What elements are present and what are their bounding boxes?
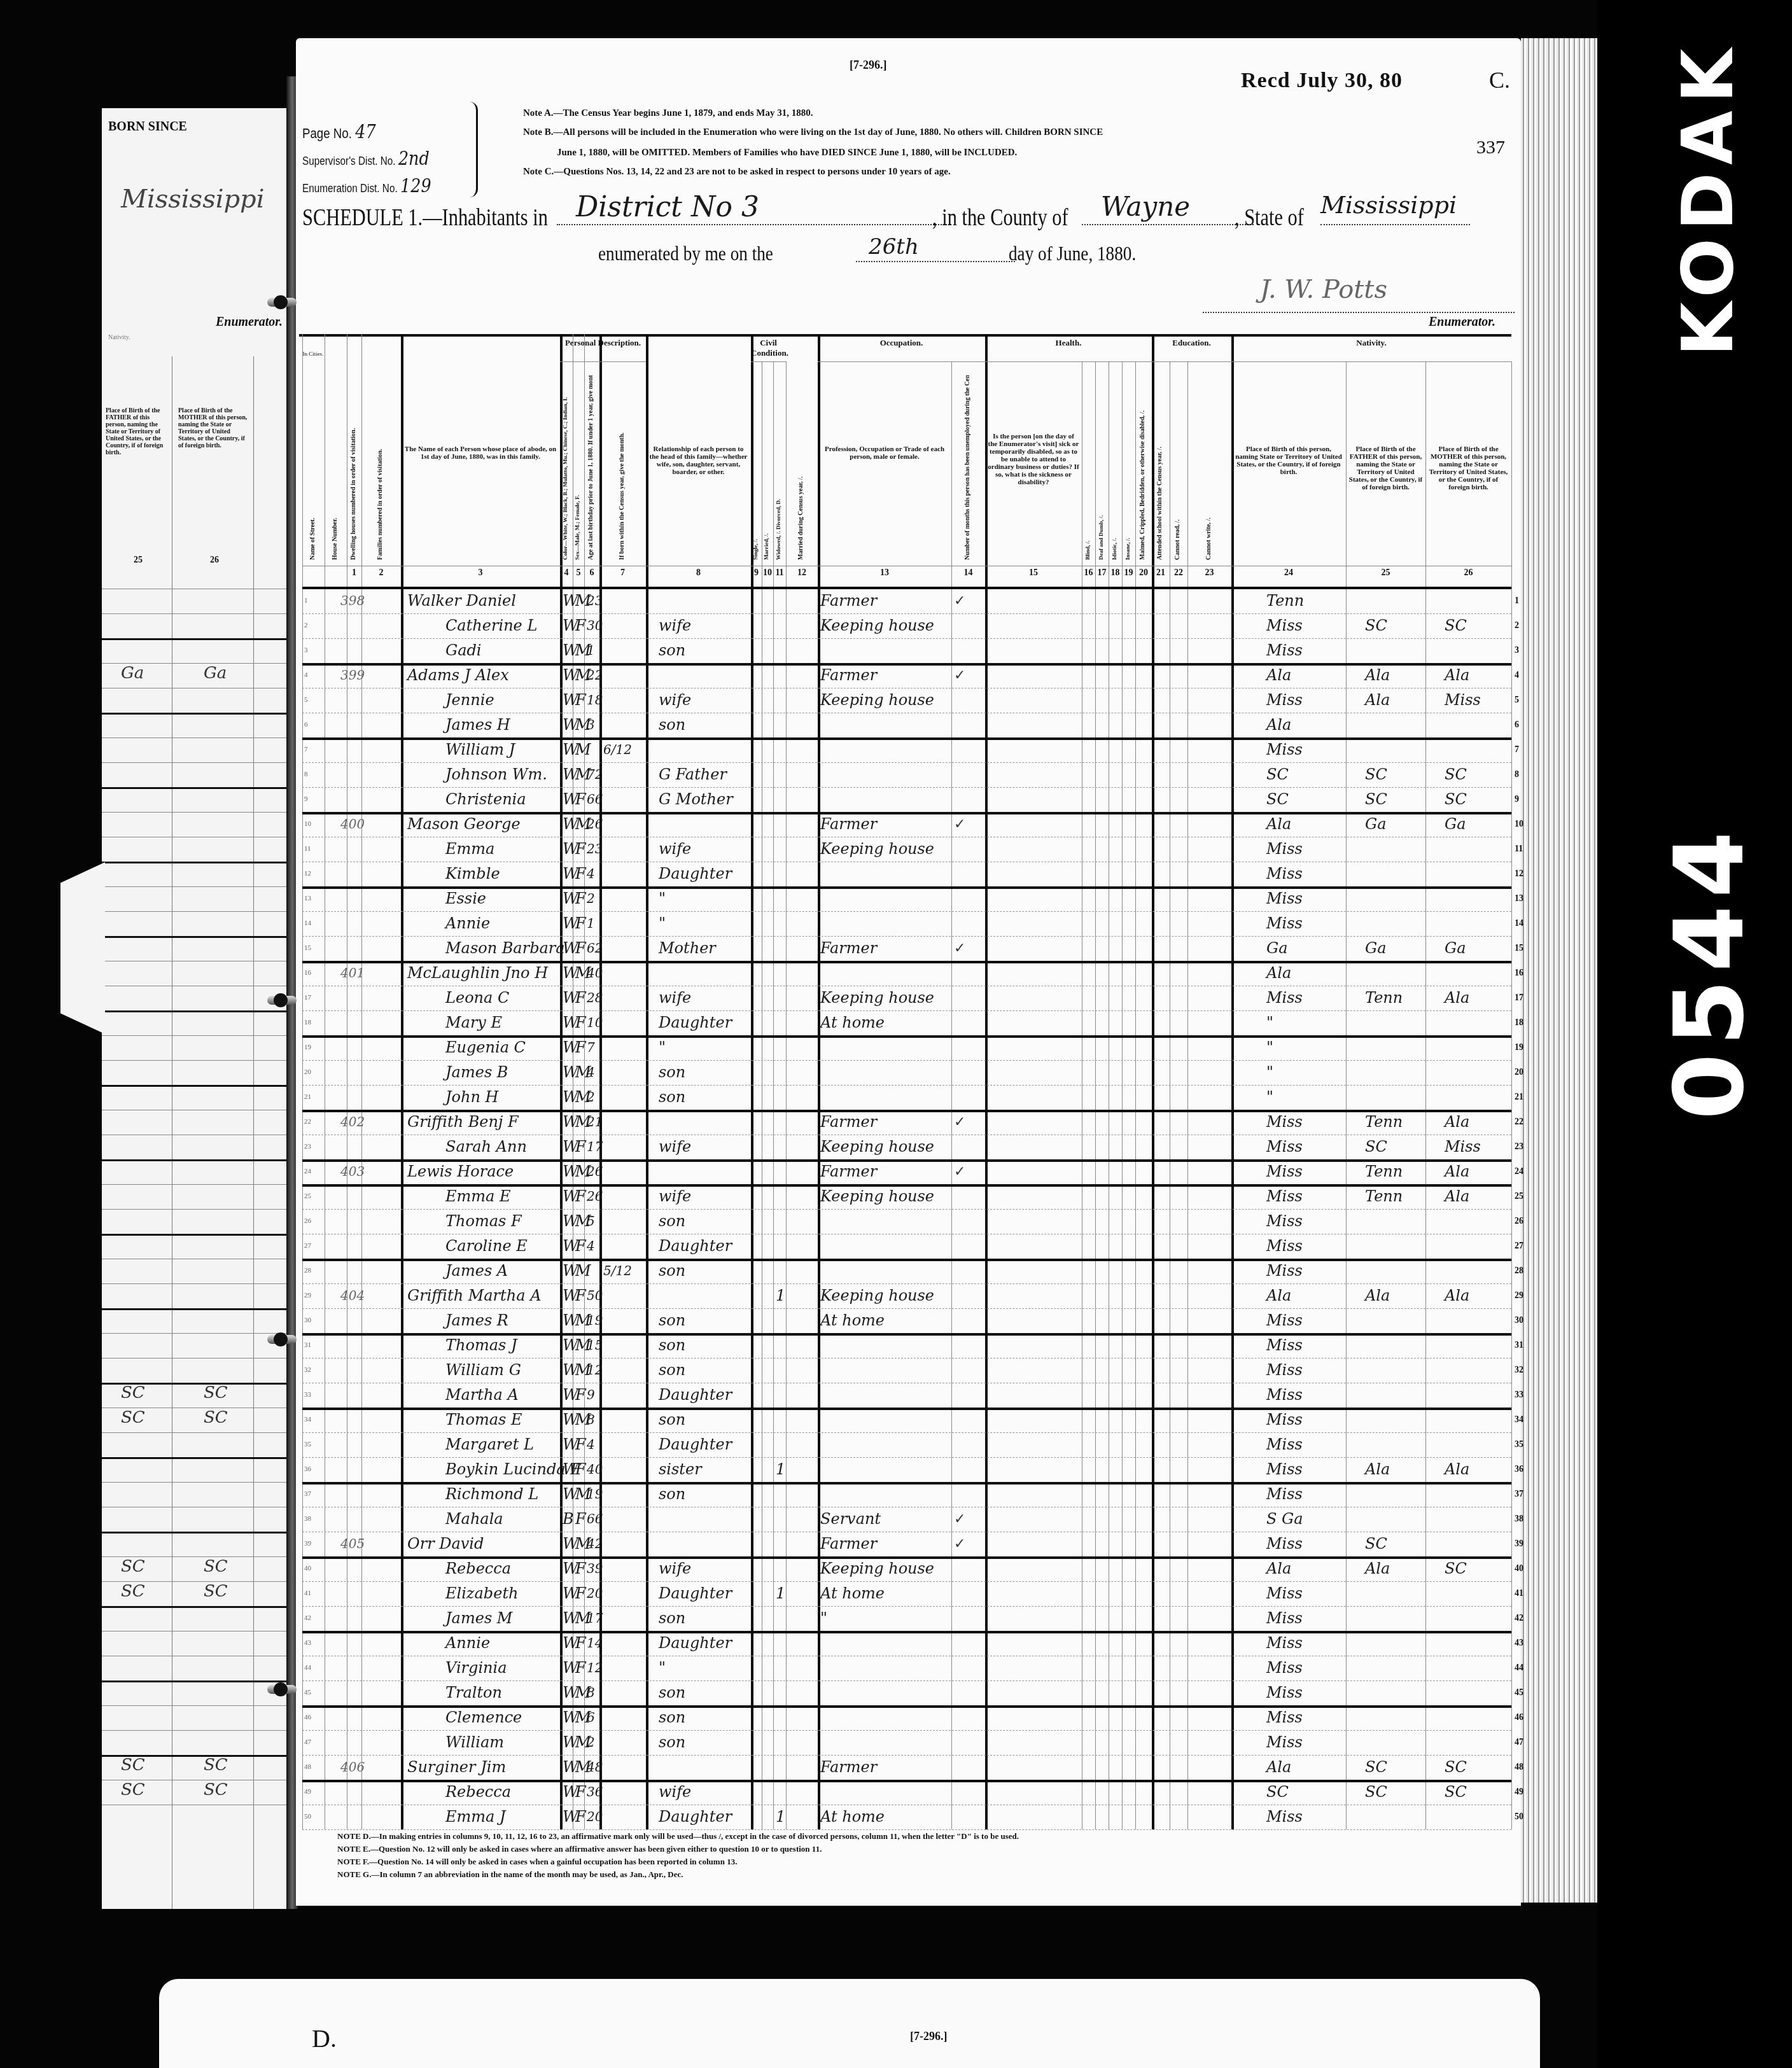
previous-page-col26-entry: SC bbox=[204, 1582, 228, 1601]
mother-birthplace: Ala bbox=[1445, 1110, 1469, 1135]
row-number-left: 44 bbox=[304, 1656, 317, 1680]
birthplace: Miss bbox=[1266, 688, 1303, 713]
birthplace: Miss bbox=[1266, 1631, 1303, 1656]
row-number-right: 8 bbox=[1515, 762, 1534, 787]
previous-page-col26-entry: SC bbox=[204, 1780, 228, 1799]
mother-birthplace: SC bbox=[1445, 1556, 1467, 1581]
previous-page-state: Mississippi bbox=[121, 185, 264, 214]
header-group-health: Health. bbox=[985, 338, 1152, 348]
row-number-right: 44 bbox=[1515, 1656, 1534, 1680]
mother-birthplace: Ala bbox=[1445, 986, 1469, 1010]
birthplace: Miss bbox=[1266, 1110, 1303, 1135]
header-group-underline bbox=[751, 361, 786, 362]
age: 50 bbox=[587, 1283, 603, 1308]
row-number-right: 16 bbox=[1515, 961, 1534, 986]
person-name: Gadi bbox=[445, 638, 482, 663]
sex: F bbox=[575, 1184, 586, 1209]
relationship: Daughter bbox=[659, 1010, 732, 1035]
next-page-form-number: [7-296.] bbox=[910, 2030, 947, 2043]
sex: M bbox=[575, 1259, 591, 1283]
birthplace: Miss bbox=[1266, 1432, 1303, 1457]
column-header-9: Single, /. bbox=[752, 375, 759, 560]
person-name: Martha A bbox=[445, 1383, 519, 1408]
birthplace: S Ga bbox=[1266, 1507, 1303, 1532]
person-name: Lewis Horace bbox=[407, 1159, 514, 1184]
previous-page-header-fragment: BORN SINCE bbox=[108, 120, 187, 134]
age: 9 bbox=[587, 1383, 595, 1408]
row-number-left: 27 bbox=[304, 1234, 317, 1259]
age: 48 bbox=[587, 1755, 603, 1780]
column-number-22: 22 bbox=[1170, 568, 1187, 578]
birthplace: Miss bbox=[1266, 1135, 1303, 1159]
row-number-left: 19 bbox=[304, 1035, 317, 1060]
page-tear bbox=[60, 862, 105, 1034]
row-number-right: 4 bbox=[1515, 663, 1534, 688]
person-name: Rebecca bbox=[445, 1780, 511, 1805]
note-d: NOTE D.—In making entries in columns 9, … bbox=[337, 1831, 1019, 1841]
mother-birthplace: SC bbox=[1445, 787, 1467, 812]
previous-page-row-rule bbox=[102, 1060, 286, 1061]
birthplace: Miss bbox=[1266, 737, 1303, 762]
birthplace: Miss bbox=[1266, 862, 1303, 886]
person-name: Griffith Martha A bbox=[407, 1283, 541, 1308]
previous-page-row-rule bbox=[102, 1333, 286, 1334]
relationship: son bbox=[659, 1333, 685, 1358]
person-name: Clemence bbox=[445, 1705, 522, 1730]
previous-page-row-rule bbox=[102, 911, 286, 912]
age: 6 bbox=[587, 1705, 595, 1730]
person-name: James R bbox=[445, 1308, 508, 1333]
age: 62 bbox=[587, 936, 603, 961]
binder-ring-icon bbox=[274, 993, 288, 1007]
previous-page-col25-entry: SC bbox=[121, 1756, 145, 1775]
occupation: Keeping house bbox=[820, 837, 934, 862]
person-name: Emma E bbox=[445, 1184, 511, 1209]
age: 40 bbox=[587, 1457, 603, 1482]
person-name: James M bbox=[445, 1606, 512, 1631]
person-name: Mason Barbara bbox=[445, 936, 565, 961]
previous-page-col26-entry: Ga bbox=[204, 664, 227, 683]
previous-page-col25-entry: SC bbox=[121, 1582, 145, 1601]
binder-ring-icon bbox=[274, 295, 288, 309]
column-header-4: Color—White, W.; Black, B.; Mulatto, Mu.… bbox=[562, 375, 568, 560]
row-number-right: 29 bbox=[1515, 1283, 1534, 1308]
column-header-13: Profession, Occupation or Trade of each … bbox=[820, 445, 949, 461]
age: 17 bbox=[587, 1606, 603, 1631]
age: 18 bbox=[587, 688, 603, 713]
relationship: wife bbox=[659, 1184, 691, 1209]
previous-page-row-rule bbox=[102, 688, 286, 688]
header-group-civil-condition: Civil Condition. bbox=[751, 338, 786, 358]
column-header-8: Relationship of each person to the head … bbox=[648, 445, 748, 476]
age: 8 bbox=[587, 1408, 595, 1432]
header-group-underline bbox=[560, 361, 646, 362]
mother-birthplace: Ala bbox=[1445, 663, 1469, 688]
row-number-left: 41 bbox=[304, 1581, 317, 1606]
birthplace: Ga bbox=[1266, 936, 1287, 961]
film-frame-number: 0544 bbox=[1655, 824, 1765, 1120]
previous-page-col26-entry: SC bbox=[204, 1756, 228, 1775]
column-header-21: Attended school within the Census year, … bbox=[1156, 375, 1163, 560]
sex: F bbox=[575, 1035, 586, 1060]
sex: F bbox=[575, 1432, 586, 1457]
age: 30 bbox=[587, 613, 603, 638]
row-number-right: 25 bbox=[1515, 1184, 1534, 1209]
sex: F bbox=[575, 1581, 586, 1606]
father-birthplace: SC bbox=[1365, 1755, 1387, 1780]
column-number-1: 1 bbox=[347, 568, 361, 578]
column-header-14: Number of months this person has been un… bbox=[964, 375, 971, 560]
checkmark-icon: ✓ bbox=[954, 1110, 965, 1135]
previous-page-row-rule bbox=[102, 1656, 286, 1656]
dwelling-number: 404 bbox=[340, 1283, 365, 1308]
mother-birthplace: Ga bbox=[1445, 936, 1466, 961]
column-header-16: Blind, /. bbox=[1084, 375, 1091, 560]
birthplace: Miss bbox=[1266, 837, 1303, 862]
occupation: Servant bbox=[820, 1507, 881, 1532]
age: 36 bbox=[587, 1780, 603, 1805]
row-number-right: 42 bbox=[1515, 1606, 1534, 1631]
column-header-7: If born within the Census year, give the… bbox=[619, 375, 626, 560]
row-number-right: 6 bbox=[1515, 713, 1534, 737]
column-number-11: 11 bbox=[773, 568, 786, 578]
person-name: James A bbox=[445, 1259, 508, 1283]
column-number-10: 10 bbox=[762, 568, 773, 578]
previous-page-row-rule bbox=[102, 1730, 286, 1731]
checkmark-icon: ✓ bbox=[954, 936, 965, 961]
age: 4 bbox=[587, 1234, 595, 1259]
previous-page-row-rule bbox=[102, 589, 286, 589]
relationship: son bbox=[659, 1259, 685, 1283]
previous-page-row-rule bbox=[102, 1184, 286, 1185]
row-number-left: 38 bbox=[304, 1507, 317, 1532]
previous-page-row-rule bbox=[102, 1135, 286, 1135]
person-name: Thomas E bbox=[445, 1408, 522, 1432]
age: 2 bbox=[587, 1730, 595, 1755]
note-g: NOTE G.—In column 7 an abbreviation in t… bbox=[337, 1869, 683, 1880]
birthplace: " bbox=[1266, 1060, 1273, 1085]
schedule-title: SCHEDULE 1.—Inhabitants in bbox=[302, 204, 548, 232]
previous-page-col26-num: 26 bbox=[210, 557, 219, 564]
occupation: Keeping house bbox=[820, 1556, 934, 1581]
birthplace: Miss bbox=[1266, 1383, 1303, 1408]
column-number-5: 5 bbox=[573, 568, 584, 578]
civil-condition-mark: 1 bbox=[776, 1805, 785, 1829]
row-number-right: 27 bbox=[1515, 1234, 1534, 1259]
occupation: Farmer bbox=[820, 663, 877, 688]
sex: F bbox=[575, 837, 586, 862]
dwelling-number: 406 bbox=[340, 1755, 365, 1780]
father-birthplace: Tenn bbox=[1365, 1110, 1403, 1135]
previous-page-row-rule bbox=[102, 1805, 286, 1805]
row-number-right: 50 bbox=[1515, 1805, 1534, 1829]
father-birthplace: Tenn bbox=[1365, 986, 1403, 1010]
checkmark-icon: ✓ bbox=[954, 1159, 965, 1184]
occupation: Keeping house bbox=[820, 613, 934, 638]
column-number-18: 18 bbox=[1109, 568, 1122, 578]
row-number-left: 35 bbox=[304, 1432, 317, 1457]
microfilm-strip: KODAK 0544 bbox=[1597, 0, 1792, 2068]
person-name: Rebecca bbox=[445, 1556, 511, 1581]
row-number-right: 33 bbox=[1515, 1383, 1534, 1408]
previous-page-row-rule bbox=[102, 1358, 286, 1359]
age: 4 bbox=[587, 1432, 595, 1457]
person-name: John H bbox=[445, 1085, 499, 1110]
schedule-place: District No 3 bbox=[557, 191, 951, 225]
mother-birthplace: Miss bbox=[1445, 688, 1481, 713]
age: 2 bbox=[587, 1085, 595, 1110]
relationship: son bbox=[659, 1085, 685, 1110]
row-number-left: 4 bbox=[304, 663, 317, 688]
father-birthplace: Tenn bbox=[1365, 1184, 1403, 1209]
row-number-right: 10 bbox=[1515, 812, 1534, 837]
sex: F bbox=[575, 1234, 586, 1259]
father-birthplace: Ala bbox=[1365, 688, 1390, 713]
birthplace: Ala bbox=[1266, 1556, 1291, 1581]
person-name: Mason George bbox=[407, 812, 521, 837]
relationship: " bbox=[659, 886, 666, 911]
age: 8 bbox=[587, 1680, 595, 1705]
sex: F bbox=[575, 936, 586, 961]
age: 15 bbox=[587, 1333, 603, 1358]
father-birthplace: Ala bbox=[1365, 1283, 1390, 1308]
brace bbox=[470, 102, 478, 197]
sex: F bbox=[575, 1135, 586, 1159]
person-name: Thomas J bbox=[445, 1333, 517, 1358]
relationship: son bbox=[659, 1358, 685, 1383]
age: 1 bbox=[587, 638, 595, 663]
birthplace: " bbox=[1266, 1035, 1273, 1060]
birthplace: Miss bbox=[1266, 1159, 1303, 1184]
column-header-26: Place of Birth of the MOTHER of this per… bbox=[1428, 445, 1509, 491]
checkmark-icon: ✓ bbox=[954, 1532, 965, 1556]
occupation: Farmer bbox=[820, 812, 877, 837]
row-number-left: 20 bbox=[304, 1060, 317, 1085]
age: 17 bbox=[587, 1135, 603, 1159]
person-name: William J bbox=[445, 737, 515, 762]
father-birthplace: Ala bbox=[1365, 1556, 1390, 1581]
column-number-4: 4 bbox=[560, 568, 573, 578]
relationship: G Father bbox=[659, 762, 727, 787]
row-number-right: 1 bbox=[1515, 589, 1534, 613]
row-number-left: 30 bbox=[304, 1308, 317, 1333]
row-number-left: 17 bbox=[304, 986, 317, 1010]
row-number-right: 24 bbox=[1515, 1159, 1534, 1184]
row-number-left: 2 bbox=[304, 613, 317, 638]
previous-page-row-rule bbox=[102, 837, 286, 837]
note-b: Note B.—All persons will be included in … bbox=[523, 127, 1103, 138]
row-number-right: 32 bbox=[1515, 1358, 1534, 1383]
previous-page-row-rule bbox=[102, 762, 286, 763]
father-birthplace: SC bbox=[1365, 1532, 1387, 1556]
previous-page-row-rule bbox=[102, 1035, 286, 1036]
row-number-right: 7 bbox=[1515, 737, 1534, 762]
enumeration-district-label: Enumeration Dist. No. 129 bbox=[302, 175, 431, 197]
note-f: NOTE F.—Question No. 14 will only be ask… bbox=[337, 1857, 737, 1867]
previous-page-row-rule bbox=[102, 986, 286, 986]
enumeration-day: 26th bbox=[856, 234, 1015, 262]
table-top-border bbox=[299, 334, 1511, 337]
relationship: " bbox=[659, 1035, 666, 1060]
birthplace: Miss bbox=[1266, 1259, 1303, 1283]
header-in-cities: In Cities. bbox=[300, 350, 326, 358]
age: 40 bbox=[587, 961, 603, 986]
person-name: Johnson Wm. bbox=[445, 762, 547, 787]
row-number-right: 46 bbox=[1515, 1705, 1534, 1730]
previous-page-col26-entry: SC bbox=[204, 1408, 228, 1427]
sex: F bbox=[575, 1556, 586, 1581]
county-value: Wayne bbox=[1082, 191, 1254, 225]
occupation: At home bbox=[820, 1581, 885, 1606]
previous-page-row-rule bbox=[102, 1259, 286, 1259]
binder-ring-icon bbox=[274, 1682, 288, 1696]
previous-page-row-rule bbox=[102, 1283, 286, 1284]
column-number-7: 7 bbox=[599, 568, 646, 578]
row-number-right: 5 bbox=[1515, 688, 1534, 713]
previous-page-col25-entry: SC bbox=[121, 1408, 145, 1427]
dwelling-number: 399 bbox=[340, 663, 365, 688]
previous-page-row-rule bbox=[102, 1234, 286, 1236]
row-number-left: 32 bbox=[304, 1358, 317, 1383]
person-name: Margaret L bbox=[445, 1432, 534, 1457]
age: 19 bbox=[587, 1482, 603, 1507]
previous-page-row-rule bbox=[102, 713, 286, 715]
birthplace: Miss bbox=[1266, 1457, 1303, 1482]
row-number-right: 31 bbox=[1515, 1333, 1534, 1358]
sex: F bbox=[575, 1010, 586, 1035]
row-number-right: 12 bbox=[1515, 862, 1534, 886]
person-name: William G bbox=[445, 1358, 521, 1383]
birthplace: Miss bbox=[1266, 986, 1303, 1010]
row-number-right: 21 bbox=[1515, 1085, 1534, 1110]
previous-page-col25-entry: Ga bbox=[121, 664, 144, 683]
row-number-left: 15 bbox=[304, 936, 317, 961]
sex: M bbox=[575, 737, 591, 762]
row-number-right: 41 bbox=[1515, 1581, 1534, 1606]
age: 66 bbox=[587, 1507, 603, 1532]
header-group-underline bbox=[818, 361, 985, 362]
previous-page-row-rule bbox=[102, 1680, 286, 1682]
age: 39 bbox=[587, 1556, 603, 1581]
birthplace: Miss bbox=[1266, 1408, 1303, 1432]
sex: F bbox=[575, 688, 586, 713]
row-number-left: 49 bbox=[304, 1780, 317, 1805]
header-bottom-border bbox=[302, 566, 1511, 566]
column-number-9: 9 bbox=[751, 568, 762, 578]
enumeration-district-value: 129 bbox=[400, 175, 431, 197]
person-name: Mary E bbox=[445, 1010, 502, 1035]
row-number-right: 3 bbox=[1515, 638, 1534, 663]
column-number-26: 26 bbox=[1425, 568, 1511, 578]
birthplace: Miss bbox=[1266, 1581, 1303, 1606]
sex: F bbox=[575, 1457, 586, 1482]
occupation: " bbox=[820, 1606, 827, 1631]
age: 4 bbox=[587, 862, 595, 886]
note-e: NOTE E.—Question No. 12 will only be ask… bbox=[337, 1844, 822, 1854]
age: 19 bbox=[587, 1308, 603, 1333]
relationship: son bbox=[659, 1705, 685, 1730]
sex: F bbox=[575, 862, 586, 886]
birthplace: Tenn bbox=[1266, 589, 1304, 613]
column-number-17: 17 bbox=[1095, 568, 1109, 578]
previous-page-row-rule bbox=[102, 1507, 286, 1507]
birthplace: Miss bbox=[1266, 1358, 1303, 1383]
column-header-15: Is the person [on the day of the Enumera… bbox=[988, 433, 1079, 486]
mother-birthplace: SC bbox=[1445, 762, 1467, 787]
dwelling-number: 403 bbox=[340, 1159, 365, 1184]
father-birthplace: Tenn bbox=[1365, 1159, 1403, 1184]
row-number-right: 38 bbox=[1515, 1507, 1534, 1532]
row-number-right: 37 bbox=[1515, 1482, 1534, 1507]
row-number-left: 34 bbox=[304, 1408, 317, 1432]
person-name: Mahala bbox=[445, 1507, 503, 1532]
birthplace: Ala bbox=[1266, 812, 1291, 837]
column-header-19: Insane, /. bbox=[1124, 375, 1131, 560]
relationship: Daughter bbox=[659, 1383, 732, 1408]
birthplace: Miss bbox=[1266, 1308, 1303, 1333]
age: 5 bbox=[587, 1209, 595, 1234]
mother-birthplace: Ala bbox=[1445, 1184, 1469, 1209]
relationship: Daughter bbox=[659, 1581, 732, 1606]
binder-ring-icon bbox=[274, 1332, 288, 1346]
column-number-21: 21 bbox=[1152, 568, 1170, 578]
sex: F bbox=[575, 1631, 586, 1656]
person-name: Jennie bbox=[445, 688, 494, 713]
header-group-underline bbox=[1152, 361, 1231, 362]
person-name: McLaughlin Jno H bbox=[407, 961, 548, 986]
birthplace: Ala bbox=[1266, 1283, 1291, 1308]
age: 12 bbox=[587, 1358, 603, 1383]
row-number-left: 39 bbox=[304, 1532, 317, 1556]
column-header-3: The Name of each Person whose place of a… bbox=[403, 445, 557, 461]
birthplace: Miss bbox=[1266, 1606, 1303, 1631]
person-name: Essie bbox=[445, 886, 486, 911]
mother-birthplace: Ga bbox=[1445, 812, 1466, 837]
column-header-1: Dwelling houses numbered in order of vis… bbox=[350, 375, 357, 560]
row-number-right: 36 bbox=[1515, 1457, 1534, 1482]
previous-page-row-rule bbox=[102, 862, 286, 863]
previous-page-row-rule bbox=[102, 1631, 286, 1631]
occupation: At home bbox=[820, 1805, 885, 1829]
column-header-12: Married during Census year, /. bbox=[797, 375, 804, 560]
sex: F bbox=[575, 613, 586, 638]
person-name: Caroline E bbox=[445, 1234, 528, 1259]
person-name: Richmond L bbox=[445, 1482, 538, 1507]
row-number-left: 7 bbox=[304, 737, 317, 762]
row-number-left: 13 bbox=[304, 886, 317, 911]
row-number-left: 18 bbox=[304, 1010, 317, 1035]
row-number-left: 23 bbox=[304, 1135, 317, 1159]
occupation: Farmer bbox=[820, 1110, 877, 1135]
census-table: Personal Description.Civil Condition.Occ… bbox=[299, 334, 1534, 1829]
person-name: Surginer Jim bbox=[407, 1755, 506, 1780]
birthplace: Ala bbox=[1266, 961, 1291, 986]
received-stamp: Recd July 30, 80 bbox=[1241, 69, 1403, 93]
checkmark-icon: ✓ bbox=[954, 589, 965, 613]
relationship: Daughter bbox=[659, 862, 732, 886]
row-number-left: 33 bbox=[304, 1383, 317, 1408]
next-page-letter: D. bbox=[312, 2023, 337, 2053]
row-number-left: 25 bbox=[304, 1184, 317, 1209]
previous-page-row-rule bbox=[102, 638, 286, 640]
previous-page-row-rule bbox=[102, 1010, 286, 1012]
previous-page-col26-label: Place of Birth of the MOTHER of this per… bbox=[178, 407, 248, 449]
checkmark-icon: ✓ bbox=[954, 663, 965, 688]
row-number-right: 34 bbox=[1515, 1408, 1534, 1432]
table-row bbox=[302, 1532, 1534, 1556]
state-label: , State of bbox=[1235, 204, 1304, 232]
column-header-25: Place of Birth of the FATHER of this per… bbox=[1348, 445, 1423, 491]
